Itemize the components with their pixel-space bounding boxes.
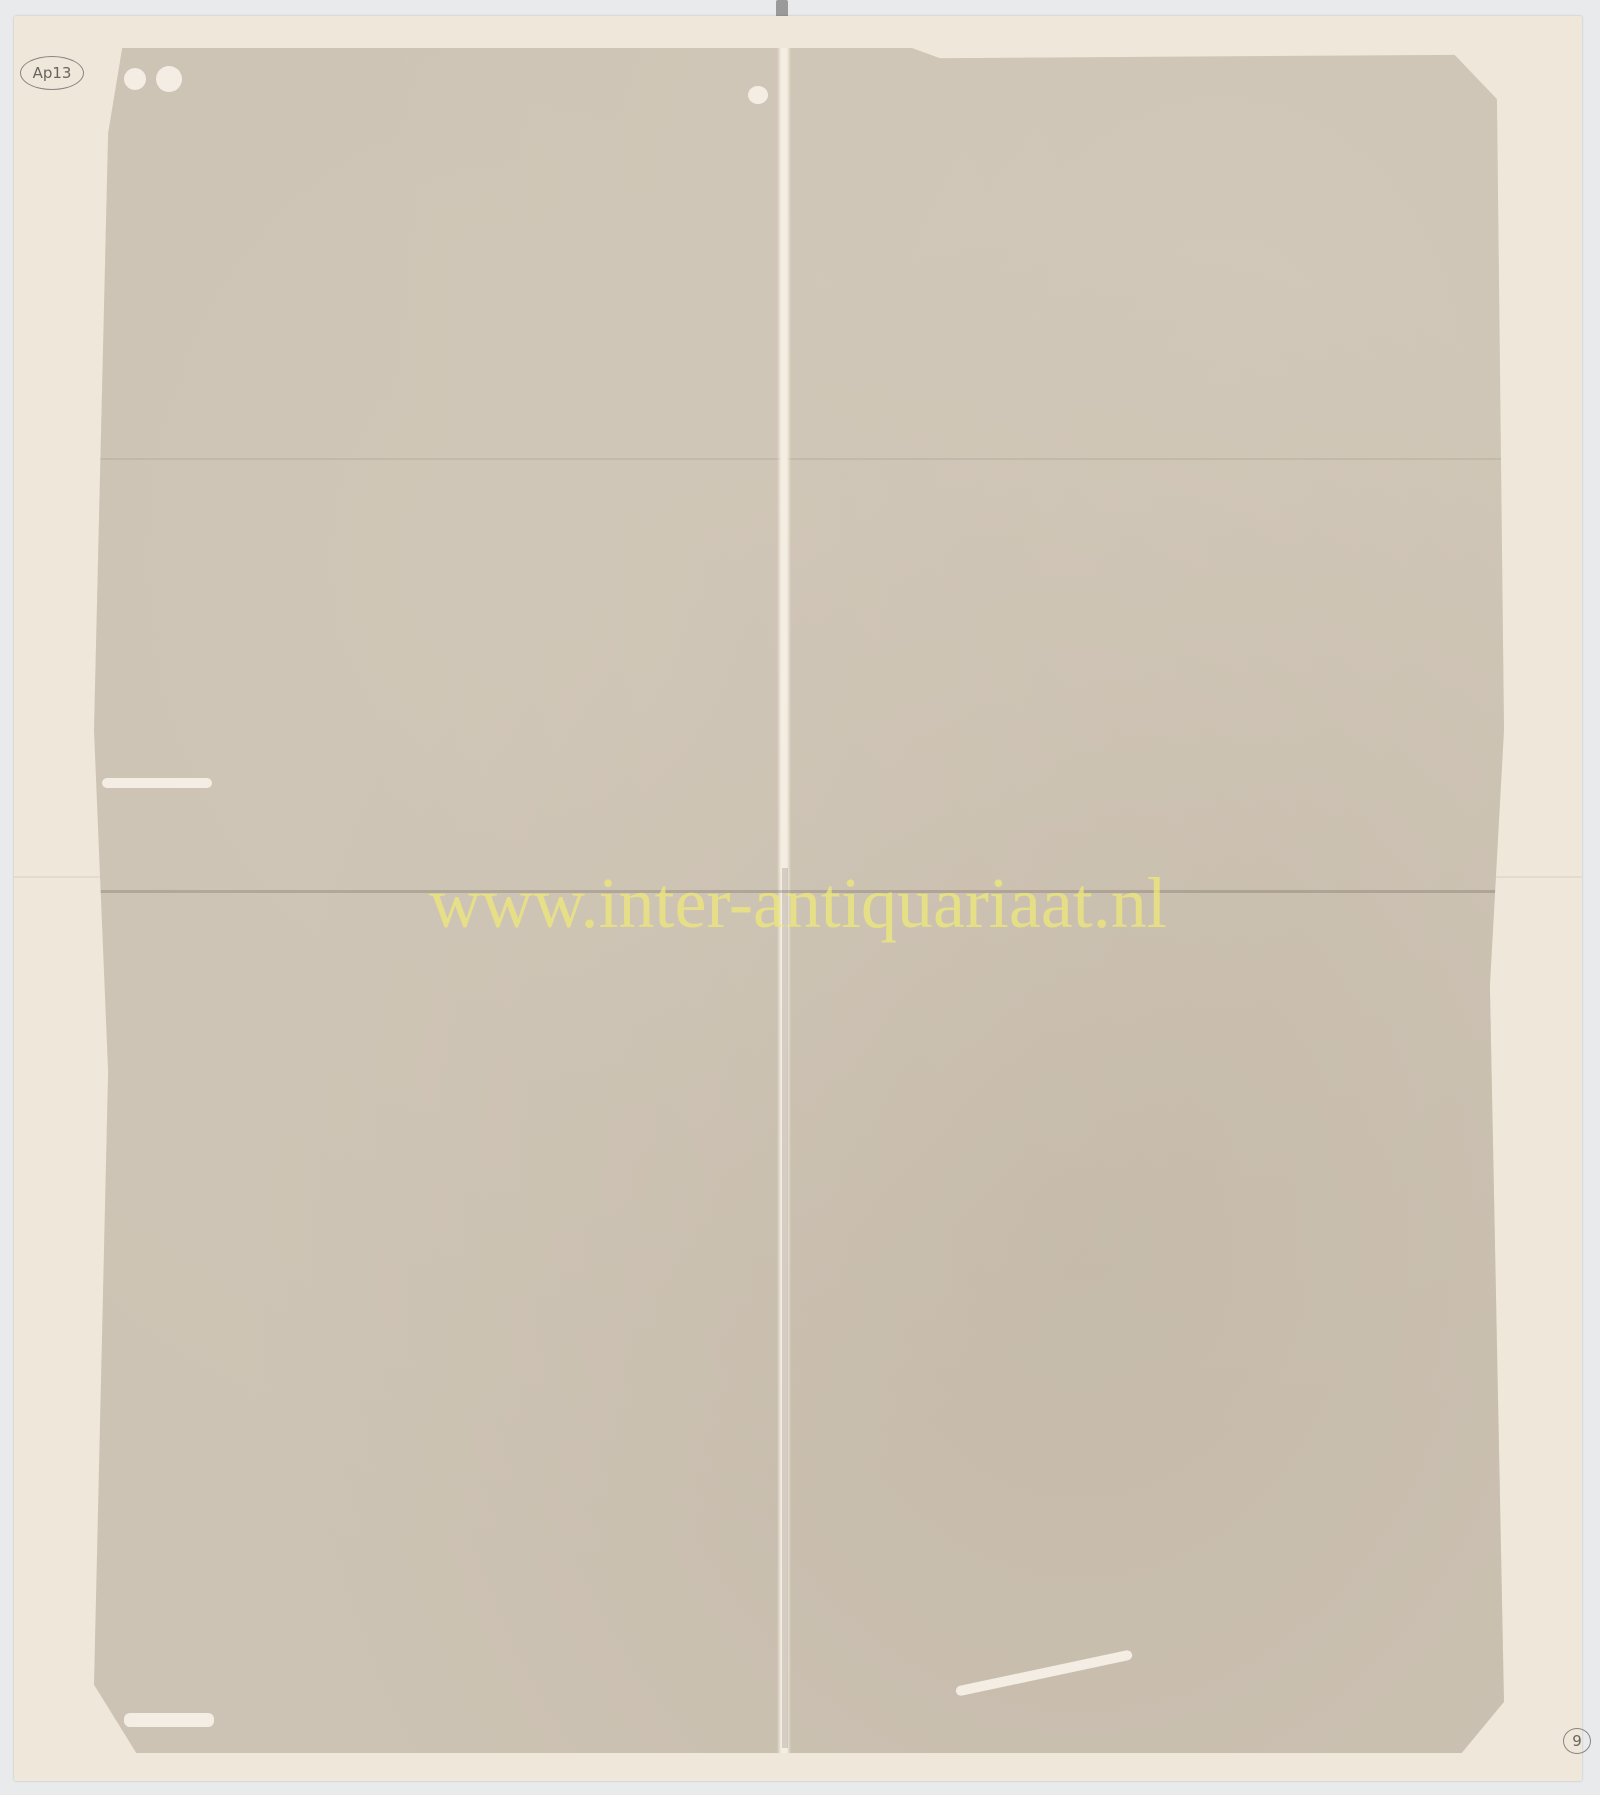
paper-loss-spot (748, 86, 768, 104)
paper-tear (955, 1649, 1133, 1696)
faint-crease (94, 458, 1504, 460)
vertical-fold-line (782, 868, 788, 1748)
pencil-note-inventory: Ap13 (20, 56, 84, 90)
paper-loss-tear (124, 1713, 214, 1727)
pencil-note-number: 9 (1563, 1728, 1591, 1754)
paper-loss-spot (124, 68, 146, 90)
paper-loss-spot (156, 66, 182, 92)
paper-loss-tear (102, 778, 212, 788)
watermark-text: www.inter-antiquariaat.nl (348, 862, 1248, 945)
